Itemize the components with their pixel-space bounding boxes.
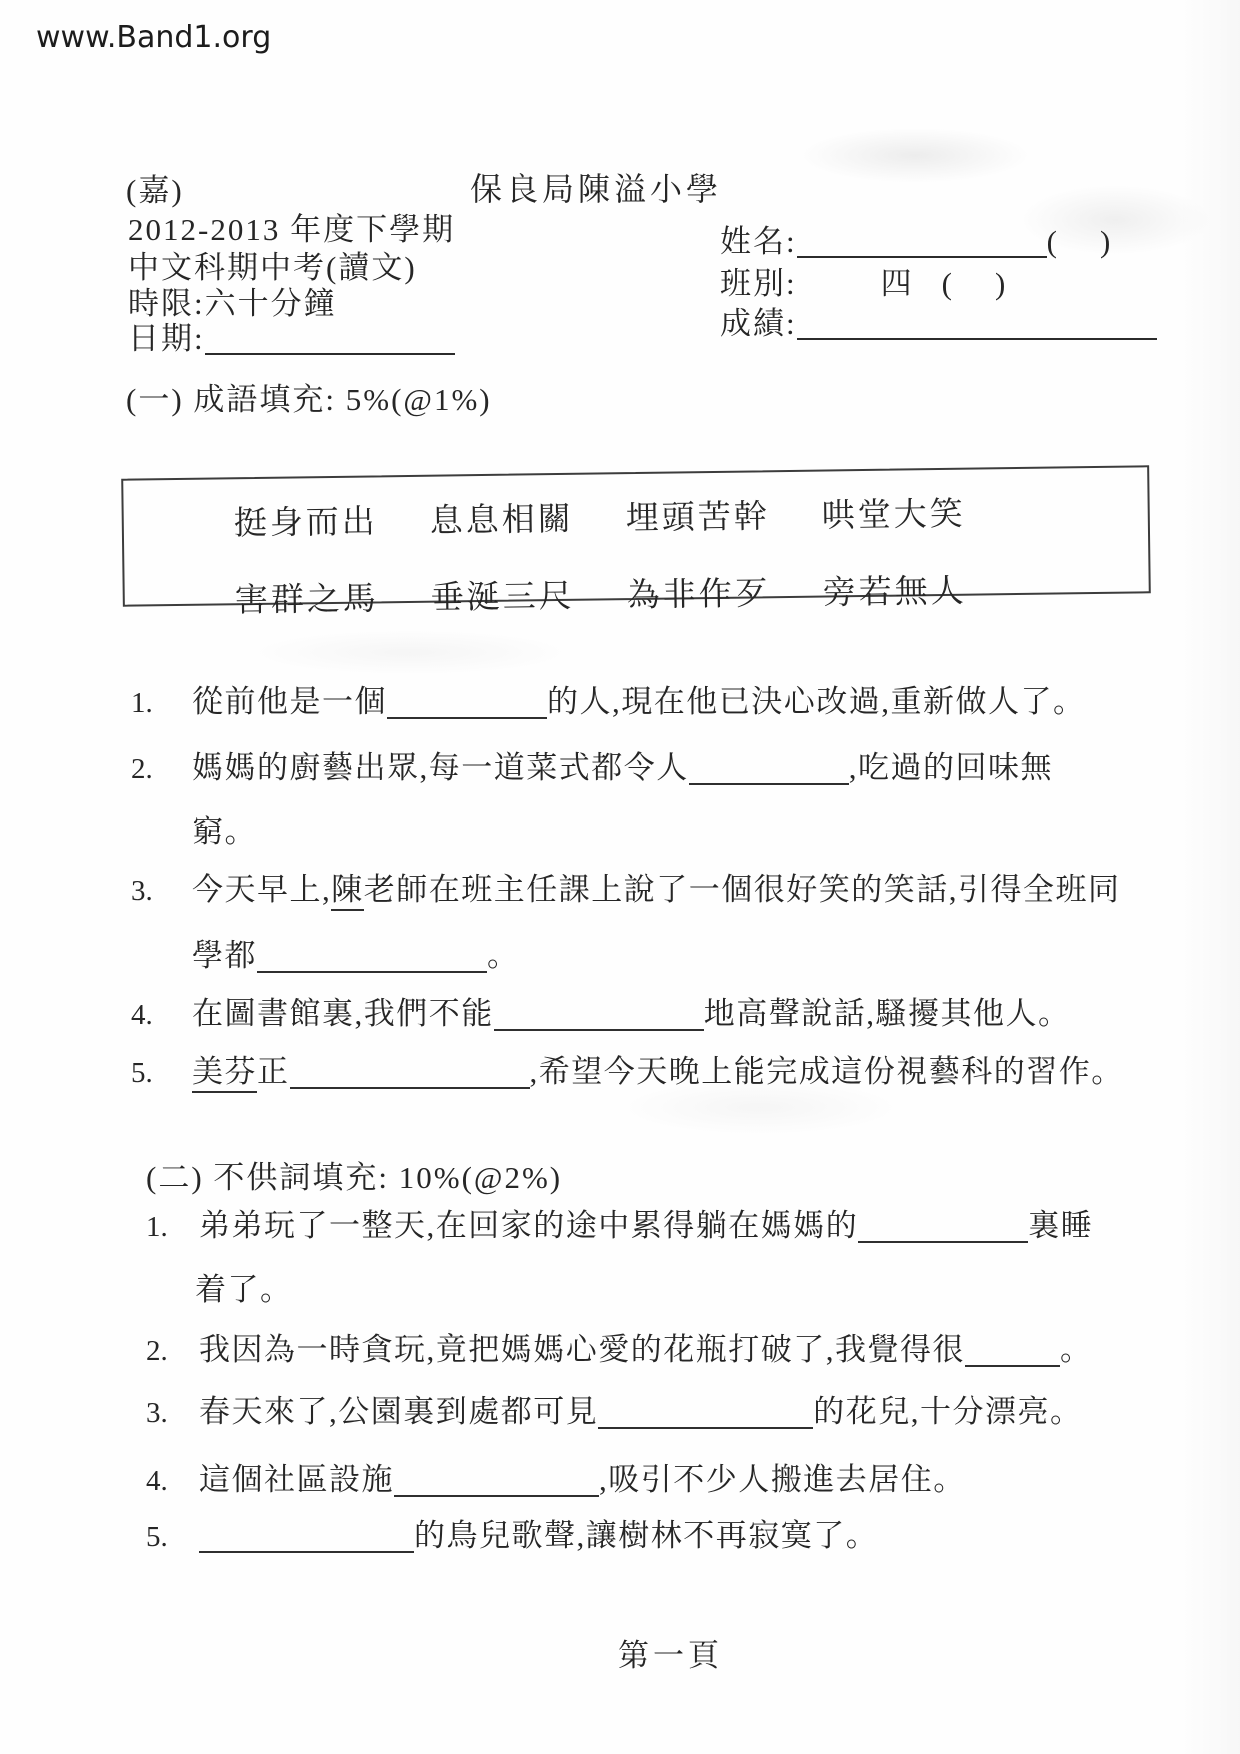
idiom: 哄堂大笑: [821, 488, 966, 537]
question-text: 今天早上,: [192, 872, 331, 907]
score-label: 成績:: [720, 306, 797, 341]
question-number: 4.: [131, 999, 192, 1032]
question-text: 媽媽的廚藝出眾,每一道菜式都令人: [192, 750, 689, 785]
question-number: 2.: [131, 753, 192, 786]
s2-question-4: 4.這個社區設施,吸引不少人搬進去居住。: [146, 1454, 966, 1499]
answer-blank: [494, 997, 704, 1031]
question-number: 2.: [146, 1335, 199, 1368]
answer-blank: [598, 1395, 813, 1429]
scan-smudge: [800, 128, 1030, 183]
answer-blank: [394, 1463, 599, 1497]
question-text: 在圖書館裏,我們不能: [192, 996, 494, 1031]
s2-question-5: 5.的鳥兒歌聲,讓樹林不再寂寞了。: [146, 1510, 878, 1555]
question-text: 裏睡: [1028, 1208, 1093, 1243]
idiom-row-1: 挺身而出 息息相關 埋頭苦幹 哄堂大笑: [123, 485, 1148, 545]
name-field: 姓名:( ): [720, 216, 1116, 261]
question-text: 正: [257, 1054, 290, 1089]
question-text: 老師在班主任課上說了一個很好笑的笑話,引得全班同: [364, 872, 1121, 907]
question-number: 1.: [146, 1211, 199, 1244]
page-footer: 第一頁: [618, 1630, 723, 1675]
section2-heading: (二) 不供詞填充: 10%(@2%): [146, 1152, 562, 1197]
question-text: 。: [1060, 1332, 1093, 1367]
question-text: 地高聲說話,騷擾其他人。: [704, 996, 1071, 1031]
s1-question-5: 5.美芬正,希望今天晚上能完成這份視藝科的習作。: [131, 1046, 1124, 1093]
s1-question-3: 3.今天早上,陳老師在班主任課上說了一個很好笑的笑話,引得全班同: [131, 864, 1121, 911]
section1-heading: (一) 成語填充: 5%(@1%): [126, 374, 492, 419]
question-number: 3.: [131, 875, 192, 908]
answer-blank: [965, 1333, 1060, 1367]
idiom: 垂涎三尺: [430, 570, 575, 619]
class-label: 班別:: [720, 266, 797, 301]
question-text: 的人,現在他已決心改過,重新做人了。: [547, 684, 1086, 719]
question-text: 。: [487, 938, 520, 973]
s1-question-4: 4.在圖書館裏,我們不能地高聲說話,騷擾其他人。: [131, 988, 1071, 1033]
idiom: 息息相關: [429, 493, 574, 542]
idiom: 挺身而出: [233, 495, 378, 544]
question-text: 弟弟玩了一整天,在回家的途中累得躺在媽媽的: [199, 1208, 858, 1243]
idiom: 為非作歹: [626, 567, 771, 616]
question-text: 的鳥兒歌聲,讓樹林不再寂寞了。: [414, 1518, 878, 1553]
name-blank: [797, 226, 1047, 258]
question-number: 1.: [131, 687, 192, 720]
question-text: 窮。: [192, 814, 257, 849]
s2-question-3: 3.春天來了,公園裏到處都可見的花兒,十分漂亮。: [146, 1386, 1083, 1431]
s1-question-1: 1.從前他是一個的人,現在他已決心改過,重新做人了。: [131, 676, 1086, 721]
date-blank: [205, 323, 455, 355]
question-number: 3.: [146, 1397, 199, 1430]
name-label: 姓名:: [720, 224, 797, 259]
question-text: ,希望今天晚上能完成這份視藝科的習作。: [530, 1054, 1124, 1089]
date-label: 日期:: [128, 321, 205, 356]
score-blank: [797, 308, 1157, 340]
class-field: 班別:四( ): [720, 258, 1011, 303]
question-text: 着了。: [195, 1272, 293, 1307]
question-number: 5.: [146, 1521, 199, 1554]
answer-blank: [257, 939, 487, 973]
question-text: 的花兒,十分漂亮。: [813, 1394, 1082, 1429]
idiom-word-bank: 挺身而出 息息相關 埋頭苦幹 哄堂大笑 害群之馬 垂涎三尺 為非作歹 旁若無人: [121, 465, 1151, 606]
s1-question-2-continuation: 窮。: [192, 806, 257, 851]
proper-noun-underlined: 陳: [331, 872, 364, 911]
answer-blank: [689, 751, 849, 785]
date-field: 日期:: [128, 313, 455, 358]
s2-question-1: 1.弟弟玩了一整天,在回家的途中累得躺在媽媽的裏睡: [146, 1200, 1093, 1245]
answer-blank: [199, 1519, 414, 1553]
question-text: 學都: [192, 938, 257, 973]
s1-question-2: 2.媽媽的廚藝出眾,每一道菜式都令人,吃過的回味無: [131, 742, 1053, 787]
idiom: 埋頭苦幹: [625, 490, 770, 539]
name-number-parens: ( ): [1047, 224, 1117, 259]
s2-question-2: 2.我因為一時貪玩,竟把媽媽心愛的花瓶打破了,我覺得很。: [146, 1324, 1093, 1369]
s2-question-1-continuation: 着了。: [195, 1264, 293, 1309]
score-field: 成績:: [720, 298, 1157, 343]
scan-smudge: [250, 630, 570, 675]
class-value: 四: [881, 266, 914, 301]
idiom-row-2: 害群之馬 垂涎三尺 為非作歹 旁若無人: [124, 562, 1149, 622]
answer-blank: [290, 1055, 530, 1089]
question-text: ,吸引不少人搬進去居住。: [599, 1462, 966, 1497]
question-number: 4.: [146, 1465, 199, 1498]
exam-paper-page: www.Band1.org 保良局陳溢小學 (嘉) 2012-2013 年度下學…: [0, 0, 1240, 1754]
idiom: 害群之馬: [234, 572, 379, 621]
proper-noun-underlined: 美芬: [192, 1054, 257, 1093]
school-name: 保良局陳溢小學: [470, 164, 722, 210]
answer-blank: [858, 1209, 1028, 1243]
idiom: 旁若無人: [822, 565, 967, 614]
question-text: 我因為一時貪玩,竟把媽媽心愛的花瓶打破了,我覺得很: [199, 1332, 965, 1367]
question-text: 這個社區設施: [199, 1462, 394, 1497]
class-number-parens: ( ): [942, 266, 1012, 301]
question-text: ,吃過的回味無: [849, 750, 1053, 785]
s1-question-3-continuation: 學都。: [192, 930, 520, 975]
question-text: 從前他是一個: [192, 684, 387, 719]
answer-blank: [387, 685, 547, 719]
watermark: www.Band1.org: [36, 20, 271, 55]
scan-edge-shadow: [1180, 0, 1240, 1754]
question-text: 春天來了,公園裏到處都可見: [199, 1394, 598, 1429]
question-number: 5.: [131, 1057, 192, 1090]
